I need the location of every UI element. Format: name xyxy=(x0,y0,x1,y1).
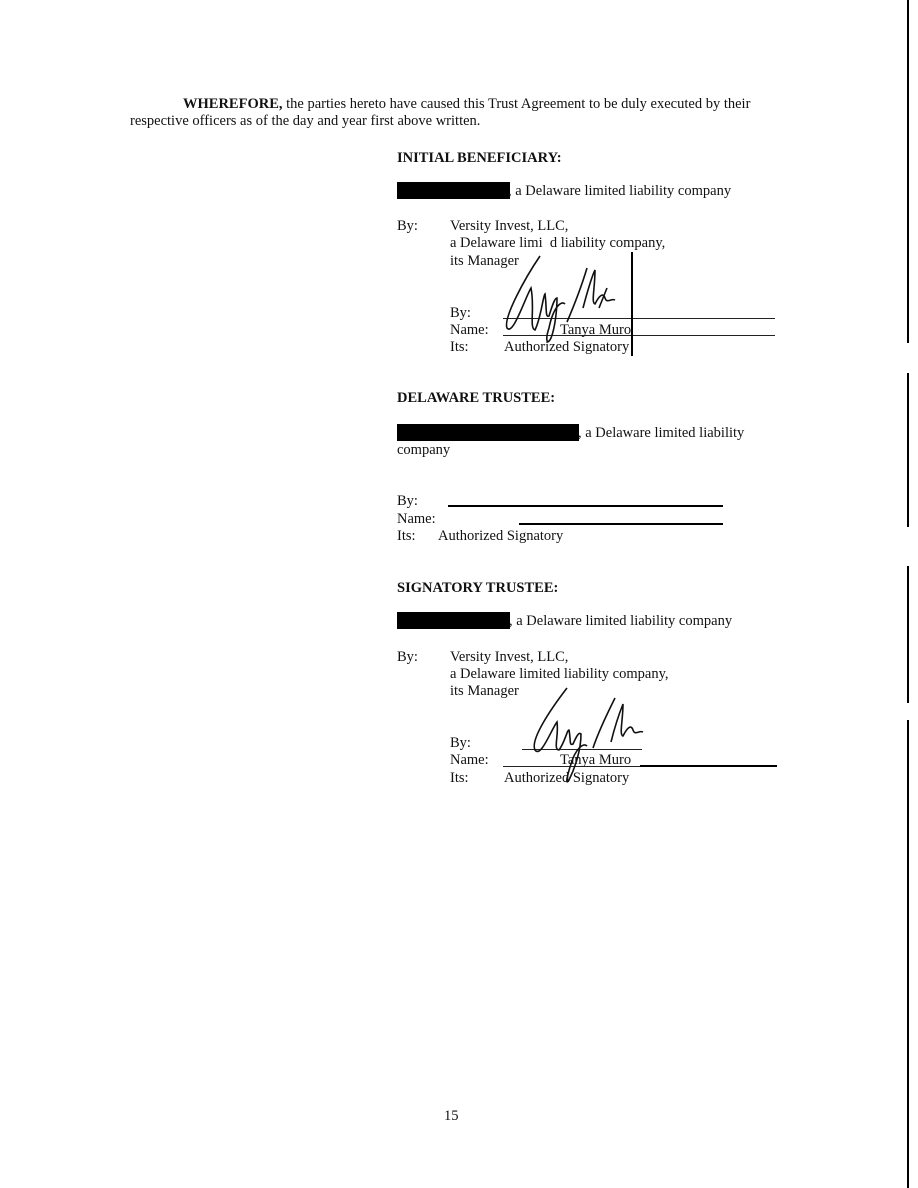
manager-name: Versity Invest, LLC, xyxy=(450,218,568,235)
its-value: Authorized Signatory xyxy=(438,528,563,545)
delaware-trustee-entity: , a Delaware limited liability xyxy=(578,425,744,442)
scan-edge-line xyxy=(907,720,909,1188)
intro-line-2: respective officers as of the day and ye… xyxy=(130,113,480,130)
manager-name: Versity Invest, LLC, xyxy=(450,649,568,666)
redaction-block xyxy=(397,612,510,629)
intro-line-1-text: the parties hereto have caused this Trus… xyxy=(286,96,750,112)
manager-role: its Manager xyxy=(450,683,519,700)
delaware-trustee-entity-line-2: company xyxy=(397,442,450,459)
by-label: By: xyxy=(397,649,418,666)
by-label: By: xyxy=(397,493,418,510)
its-label: Its: xyxy=(450,339,469,356)
delaware-trustee-heading: DELAWARE TRUSTEE: xyxy=(397,390,555,407)
initial-beneficiary-entity: , a Delaware limited liability company xyxy=(508,183,731,200)
name-line xyxy=(519,523,723,525)
its-label: Its: xyxy=(450,770,469,787)
initial-beneficiary-heading: INITIAL BENEFICIARY: xyxy=(397,150,562,167)
signatory-trustee-entity: , a Delaware limited liability company xyxy=(509,613,732,630)
sub-by-label: By: xyxy=(450,735,471,752)
name-label: Name: xyxy=(397,511,436,528)
intro-line-1: WHEREFORE, the parties hereto have cause… xyxy=(183,96,750,113)
by-label: By: xyxy=(397,218,418,235)
scan-edge-line xyxy=(907,373,909,527)
sub-by-label: By: xyxy=(450,305,471,322)
redaction-block xyxy=(397,424,579,441)
name-label: Name: xyxy=(450,322,489,339)
page-number: 15 xyxy=(444,1108,459,1125)
name-line-extension xyxy=(640,765,777,767)
signature-icon xyxy=(515,680,655,790)
signatory-trustee-heading: SIGNATORY TRUSTEE: xyxy=(397,580,558,597)
intro-lead: WHEREFORE, xyxy=(183,96,283,112)
its-label: Its: xyxy=(397,528,416,545)
scan-edge-line xyxy=(907,0,909,343)
name-label: Name: xyxy=(450,752,489,769)
scan-edge-line xyxy=(907,566,909,703)
signature-line xyxy=(448,505,723,507)
redaction-block xyxy=(397,182,510,199)
signature-icon xyxy=(495,248,635,348)
